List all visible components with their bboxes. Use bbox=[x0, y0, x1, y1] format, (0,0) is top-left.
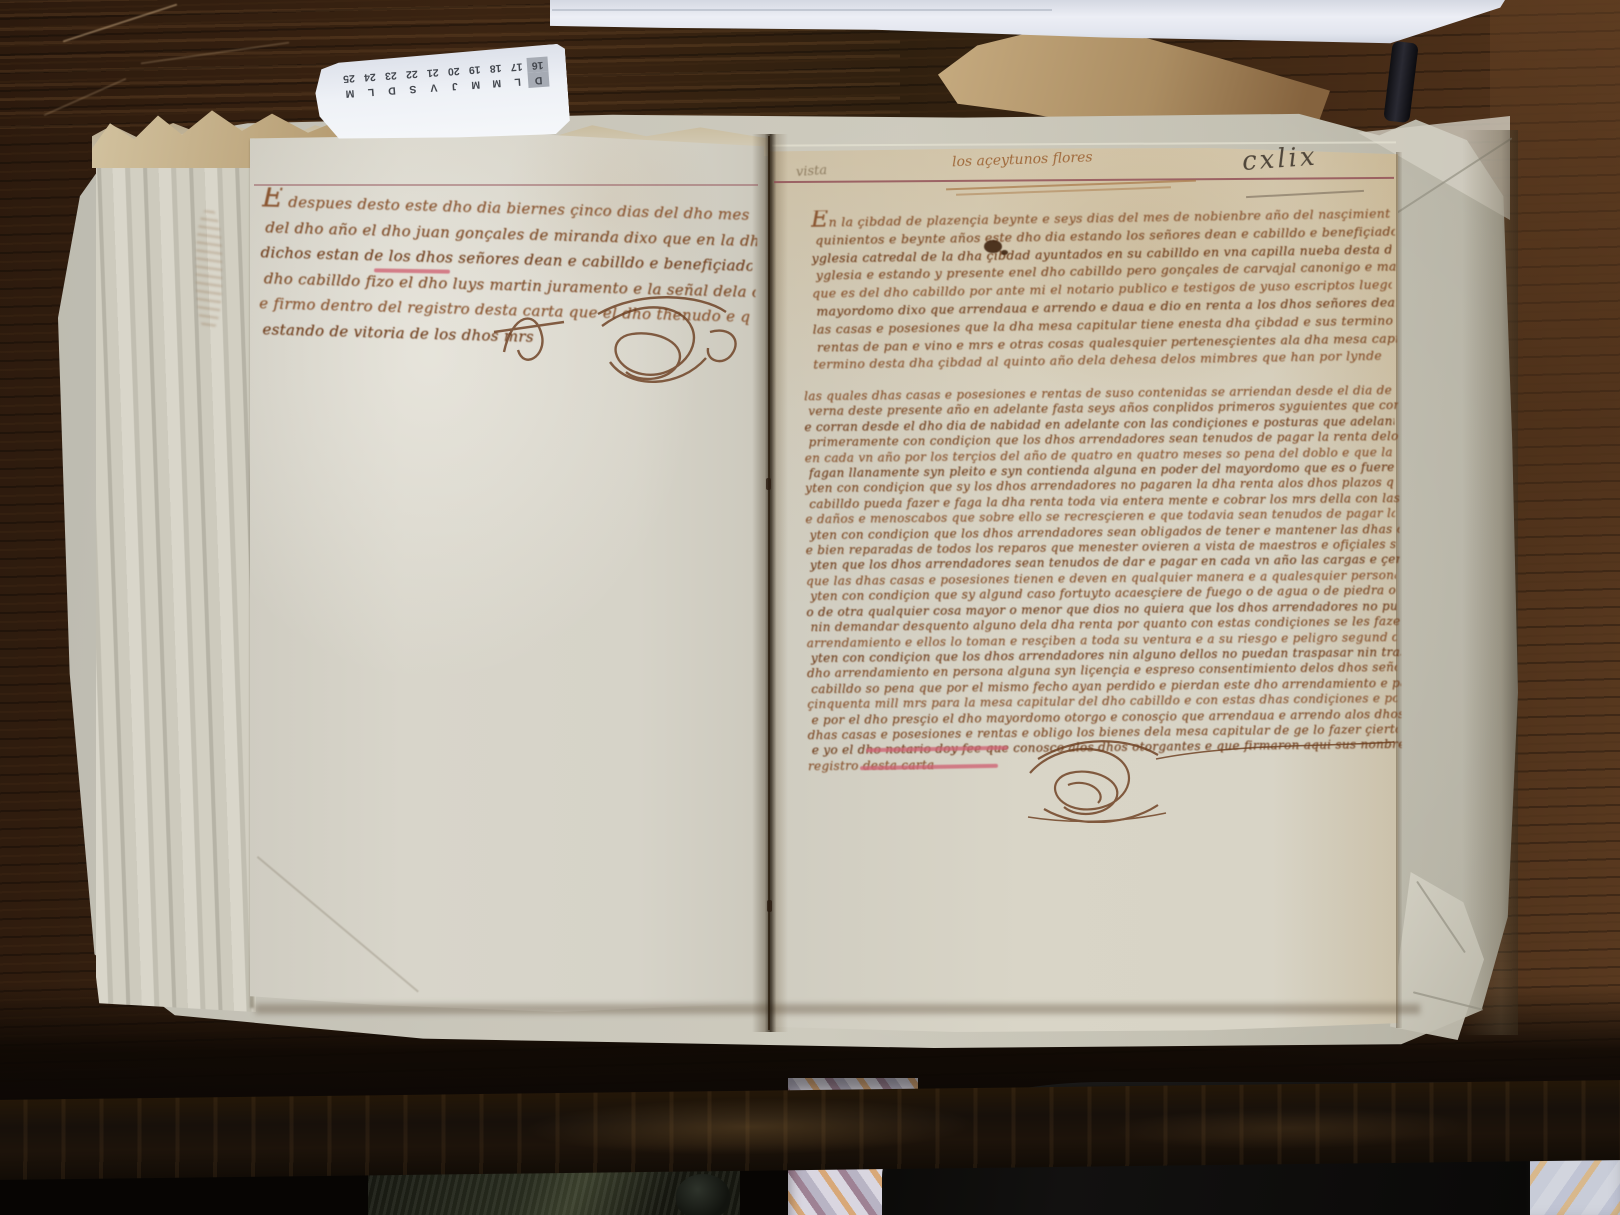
calendar-day: L bbox=[507, 73, 529, 89]
notary-rubric-right bbox=[1008, 733, 1398, 823]
gutter-fold-line bbox=[768, 136, 770, 1030]
cover-right-edge-shade bbox=[1462, 130, 1518, 1035]
notary-rubric-left bbox=[490, 292, 760, 397]
calendar-content: DLMMJVSDLM 16171819202122232425 bbox=[330, 57, 550, 102]
calendar-day: M bbox=[486, 74, 508, 90]
marginal-annotation: vista bbox=[796, 163, 828, 180]
manuscript-photo: E despues desto este dho dia biernes çin… bbox=[0, 0, 1620, 1215]
ink-blot bbox=[1001, 250, 1008, 255]
calendar-day: V bbox=[423, 79, 445, 95]
calendar-day: M bbox=[339, 85, 361, 101]
dark-knob bbox=[676, 1174, 730, 1215]
calendar-day: L bbox=[360, 83, 382, 99]
calendar-date: 22 bbox=[401, 65, 423, 81]
page-edge-stack bbox=[96, 138, 256, 1012]
binding-stitch bbox=[767, 900, 772, 912]
margin-ink-bleed bbox=[196, 210, 222, 330]
right-page-paragraph-1: En la çibdad de plazençia beynte e seys … bbox=[811, 201, 1394, 375]
calendar-day: M bbox=[465, 76, 487, 92]
calendar-date: 25 bbox=[338, 70, 360, 86]
calendar-date: 23 bbox=[380, 67, 402, 83]
right-page-paragraph-2: las quales dhas casas e posesiones e ren… bbox=[804, 383, 1398, 781]
calendar-day: D bbox=[381, 82, 403, 98]
calendar-day: S bbox=[402, 80, 424, 96]
calendar-date: 20 bbox=[443, 62, 465, 78]
page-bottom-shadow bbox=[255, 1004, 1420, 1014]
red-ruling-line bbox=[254, 184, 758, 186]
ink-blot bbox=[984, 240, 1002, 253]
calendar-date: 17 bbox=[506, 58, 528, 74]
calendar-date: 18 bbox=[485, 59, 507, 75]
calendar-day: J bbox=[444, 77, 466, 93]
calendar-date: 16 bbox=[526, 57, 548, 73]
binding-stitch bbox=[766, 478, 771, 490]
paper-sheet-edge bbox=[552, 9, 1052, 11]
calendar-date: 21 bbox=[422, 64, 444, 80]
calendar-date: 19 bbox=[464, 61, 486, 77]
calendar-day: D bbox=[528, 72, 550, 88]
book-gutter bbox=[752, 134, 788, 1032]
calendar-date: 24 bbox=[359, 68, 381, 84]
